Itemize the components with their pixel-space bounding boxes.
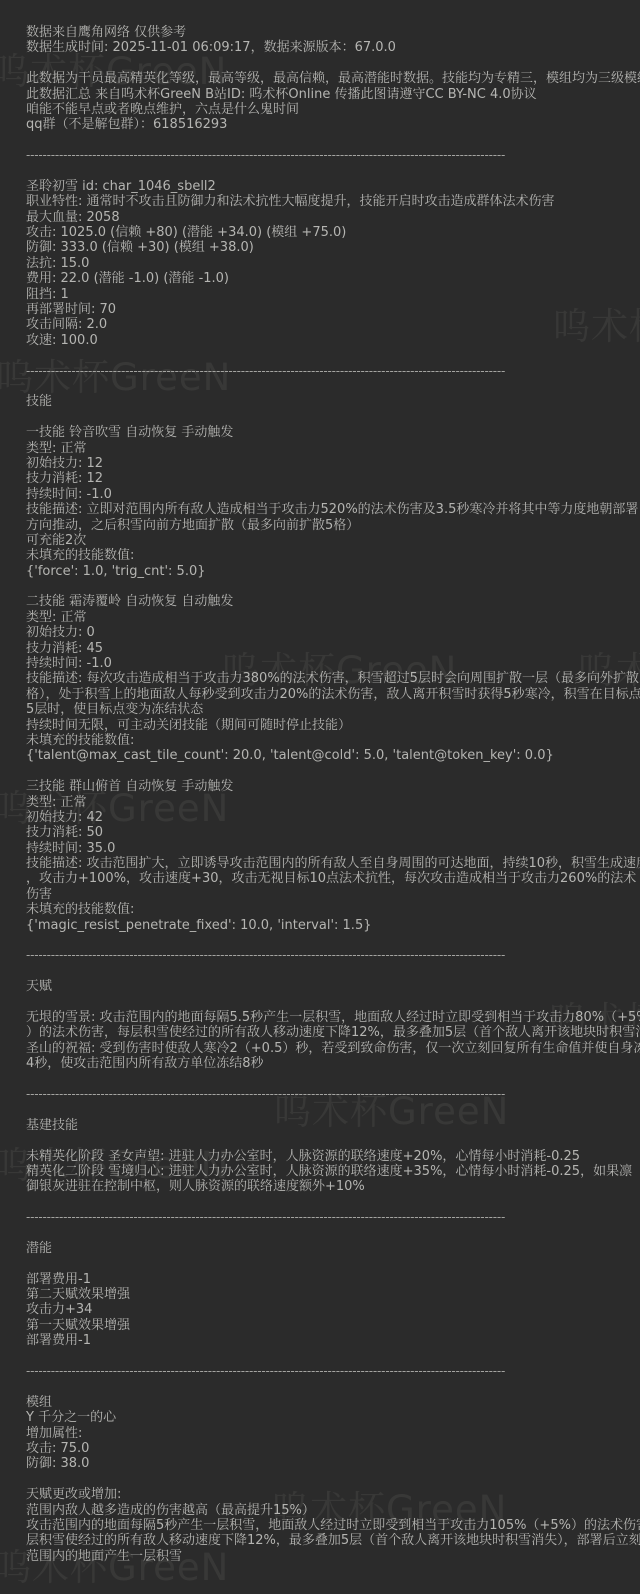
module-attributes-block: Y 千分之一的心增加属性:攻击: 75.0防御: 38.0 (26, 1410, 626, 1472)
text-line: 数据生成时间: 2025-11-01 06:09:17，数据来源版本：67.0.… (26, 40, 626, 55)
separator-line: ----------------------------------------… (26, 1087, 626, 1102)
text-line: {'force': 1.0, 'trig_cnt': 5.0} (26, 564, 626, 579)
text-line: 攻击力+34 (26, 1302, 626, 1317)
text-line: 范围内的地面产生一层积雪 (26, 1549, 626, 1564)
text-line: 攻击: 1025.0 (信赖 +80) (潜能 +34.0) (模组 +75.0… (26, 225, 626, 240)
text-line: 持续时间: -1.0 (26, 487, 626, 502)
text-line: 技能描述: 攻击范围扩大，立即诱导攻击范围内的所有敌人至自身周围的可达地面，持续… (26, 856, 626, 871)
text-line: 范围内敌人越多造成的伤害越高（最高提升15%） (26, 1503, 626, 1518)
text-line: 初始技力: 0 (26, 625, 626, 640)
text-line: 天赋更改或增加: (26, 1487, 626, 1502)
skill1-block: 一技能 铃音吹雪 自动恢复 手动触发类型: 正常初始技力: 12技力消耗: 12… (26, 425, 626, 579)
text-line: 防御: 333.0 (信赖 +30) (模组 +38.0) (26, 240, 626, 255)
text-line: {'talent@max_cast_tile_count': 20.0, 'ta… (26, 748, 626, 763)
spacer (26, 964, 626, 979)
text-line: 职业特性: 通常时不攻击且防御力和法术抗性大幅度提升，技能开启时攻击造成群体法术… (26, 194, 626, 209)
text-line: 数据来自鹰角网络 仅供参考 (26, 25, 626, 40)
text-line: 初始技力: 12 (26, 456, 626, 471)
text-line: 增加属性: (26, 1426, 626, 1441)
text-line: 未填充的技能数值: (26, 733, 626, 748)
text-line: 此数据为干员最高精英化等级，最高等级，最高信赖，最高潜能时数据。技能均为专精三，… (26, 71, 626, 86)
meta-block: 数据来自鹰角网络 仅供参考数据生成时间: 2025-11-01 06:09:17… (26, 25, 626, 56)
text-line: 再部署时间: 70 (26, 302, 626, 317)
text-line: 技力消耗: 12 (26, 471, 626, 486)
talent-section-title: 天赋 (26, 979, 626, 994)
potential-block: 部署费用-1第二天赋效果增强攻击力+34第一天赋效果增强部署费用-1 (26, 1272, 626, 1349)
text-line: 费用: 22.0 (潜能 -1.0) (潜能 -1.0) (26, 271, 626, 286)
text-line: 方向推动，之后积雪向前方地面扩散（最多向前扩散5格） (26, 518, 626, 533)
text-line: 此数据汇总 来自呜术杯GreeN B站ID: 呜术杯Online 传播此图请遵守… (26, 87, 626, 102)
text-line: 御银灰进驻在控制中枢，则人脉资源的联络速度额外+10% (26, 1179, 626, 1194)
spacer (26, 1256, 626, 1271)
text-line: 圣山的祝福: 受到伤害时使敌人寒冷2（+0.5）秒，若受到致命伤害，仅一次立刻回… (26, 1041, 626, 1056)
base-skills-block: 未精英化阶段 圣女声望: 进驻人力办公室时，人脉资源的联络速度+20%，心情每小… (26, 1149, 626, 1195)
spacer (26, 1225, 626, 1240)
text-line: 未填充的技能数值: (26, 902, 626, 917)
text-line: 攻击范围内的地面每隔5秒产生一层积雪，地面敌人经过时立即受到相当于攻击力105%… (26, 1518, 626, 1533)
text-line: 最大血量: 2058 (26, 210, 626, 225)
potential-section-title: 潜能 (26, 1241, 626, 1256)
text-line: 类型: 正常 (26, 610, 626, 625)
separator-line: ----------------------------------------… (26, 364, 626, 379)
spacer (26, 379, 626, 394)
text-line: 技能描述: 每次攻击造成相当于攻击力380%的法术伤害，积雪超过5层时会向周围扩… (26, 671, 626, 686)
base-skills-section-title: 基建技能 (26, 1118, 626, 1133)
text-line: 圣聆初雪 id: char_1046_sbell2 (26, 179, 626, 194)
spacer (26, 764, 626, 779)
skill2-block: 二技能 霜涛覆岭 自动恢复 自动触发类型: 正常初始技力: 0技力消耗: 45持… (26, 594, 626, 763)
text-line: 法抗: 15.0 (26, 256, 626, 271)
text-line: 未精英化阶段 圣女声望: 进驻人力办公室时，人脉资源的联络速度+20%，心情每小… (26, 1149, 626, 1164)
text-line: 一技能 铃音吹雪 自动恢复 手动触发 (26, 425, 626, 440)
text-line: 层积雪使经过的所有敌人移动速度下降12%，最多叠加5层（首个敌人离开该地块时积雪… (26, 1533, 626, 1548)
spacer (26, 164, 626, 179)
spacer (26, 1133, 626, 1148)
data-sheet: 数据来自鹰角网络 仅供参考数据生成时间: 2025-11-01 06:09:17… (26, 25, 626, 1564)
text-line: 咱能不能早点或者晚点维护，六点是什么鬼时间 (26, 102, 626, 117)
spacer (26, 1195, 626, 1210)
text-line: 技能描述: 立即对范围内所有敌人造成相当于攻击力520%的法术伤害及3.5秒寒冷… (26, 502, 626, 517)
text-line: 持续时间无限，可主动关闭技能（期间可随时停止技能） (26, 718, 626, 733)
spacer (26, 933, 626, 948)
text-line: 攻击: 75.0 (26, 1441, 626, 1456)
text-line: ）的法术伤害，每层积雪使经过的所有敌人移动速度下降12%，最多叠加5层（首个敌人… (26, 1025, 626, 1040)
text-line: 技力消耗: 45 (26, 641, 626, 656)
text-line: 部署费用-1 (26, 1272, 626, 1287)
text-line: 三技能 群山俯首 自动恢复 手动触发 (26, 779, 626, 794)
text-line: 第二天赋效果增强 (26, 1287, 626, 1302)
text-line: 伤害 (26, 887, 626, 902)
separator-line: ----------------------------------------… (26, 1364, 626, 1379)
text-line: 持续时间: -1.0 (26, 656, 626, 671)
spacer (26, 579, 626, 594)
operator-stats-block: 圣聆初雪 id: char_1046_sbell2职业特性: 通常时不攻击且防御… (26, 179, 626, 348)
module-talent-block: 天赋更改或增加:范围内敌人越多造成的伤害越高（最高提升15%）攻击范围内的地面每… (26, 1487, 626, 1564)
text-line: 未填充的技能数值: (26, 548, 626, 563)
text-line: {'magic_resist_penetrate_fixed': 10.0, '… (26, 918, 626, 933)
spacer (26, 348, 626, 363)
text-line: qq群（不是解包群）：618516293 (26, 117, 626, 132)
talent-block: 无垠的雪景: 攻击范围内的地面每隔5.5秒产生一层积雪，地面敌人经过时立即受到相… (26, 1010, 626, 1072)
text-line: 阻挡: 1 (26, 287, 626, 302)
spacer (26, 1072, 626, 1087)
text-line: 类型: 正常 (26, 441, 626, 456)
spacer (26, 56, 626, 71)
text-line: ，攻击力+100%，攻击速度+30，攻击无视目标10点法术抗性，每次攻击造成相当… (26, 871, 626, 886)
separator-line: ----------------------------------------… (26, 948, 626, 963)
text-line: 类型: 正常 (26, 795, 626, 810)
spacer (26, 133, 626, 148)
text-line: 二技能 霜涛覆岭 自动恢复 自动触发 (26, 594, 626, 609)
spacer (26, 1472, 626, 1487)
text-line: 初始技力: 42 (26, 810, 626, 825)
spacer (26, 1349, 626, 1364)
spacer (26, 1102, 626, 1117)
text-line: 可充能2次 (26, 533, 626, 548)
text-line: 5层时，使目标点变为冻结状态 (26, 702, 626, 717)
text-line: 精英化二阶段 雪境归心: 进驻人力办公室时，人脉资源的联络速度+35%，心情每小… (26, 1164, 626, 1179)
spacer (26, 1379, 626, 1394)
separator-line: ----------------------------------------… (26, 148, 626, 163)
spacer (26, 995, 626, 1010)
text-line: 防御: 38.0 (26, 1456, 626, 1471)
separator-line: ----------------------------------------… (26, 1210, 626, 1225)
text-line: 持续时间: 35.0 (26, 841, 626, 856)
spacer (26, 410, 626, 425)
notice-block: 此数据为干员最高精英化等级，最高等级，最高信赖，最高潜能时数据。技能均为专精三，… (26, 71, 626, 133)
text-line: 4秒，使攻击范围内所有敌方单位冻结8秒 (26, 1056, 626, 1071)
text-line: 攻速: 100.0 (26, 333, 626, 348)
text-line: Y 千分之一的心 (26, 1410, 626, 1425)
text-line: 攻击间隔: 2.0 (26, 317, 626, 332)
module-section-title: 模组 (26, 1395, 626, 1410)
text-line: 部署费用-1 (26, 1333, 626, 1348)
text-line: 技力消耗: 50 (26, 825, 626, 840)
skill3-block: 三技能 群山俯首 自动恢复 手动触发类型: 正常初始技力: 42技力消耗: 50… (26, 779, 626, 933)
text-line: 第一天赋效果增强 (26, 1318, 626, 1333)
text-line: 无垠的雪景: 攻击范围内的地面每隔5.5秒产生一层积雪，地面敌人经过时立即受到相… (26, 1010, 626, 1025)
text-line: 格），处于积雪上的地面敌人每秒受到攻击力20%的法术伤害，敌人离开积雪时获得5秒… (26, 687, 626, 702)
page: 呜术杯GreeN 呜术杯GreeN 呜术杯GreeN 呜术杯GreeN 呜术杯G… (0, 0, 640, 1594)
skills-section-title: 技能 (26, 394, 626, 409)
